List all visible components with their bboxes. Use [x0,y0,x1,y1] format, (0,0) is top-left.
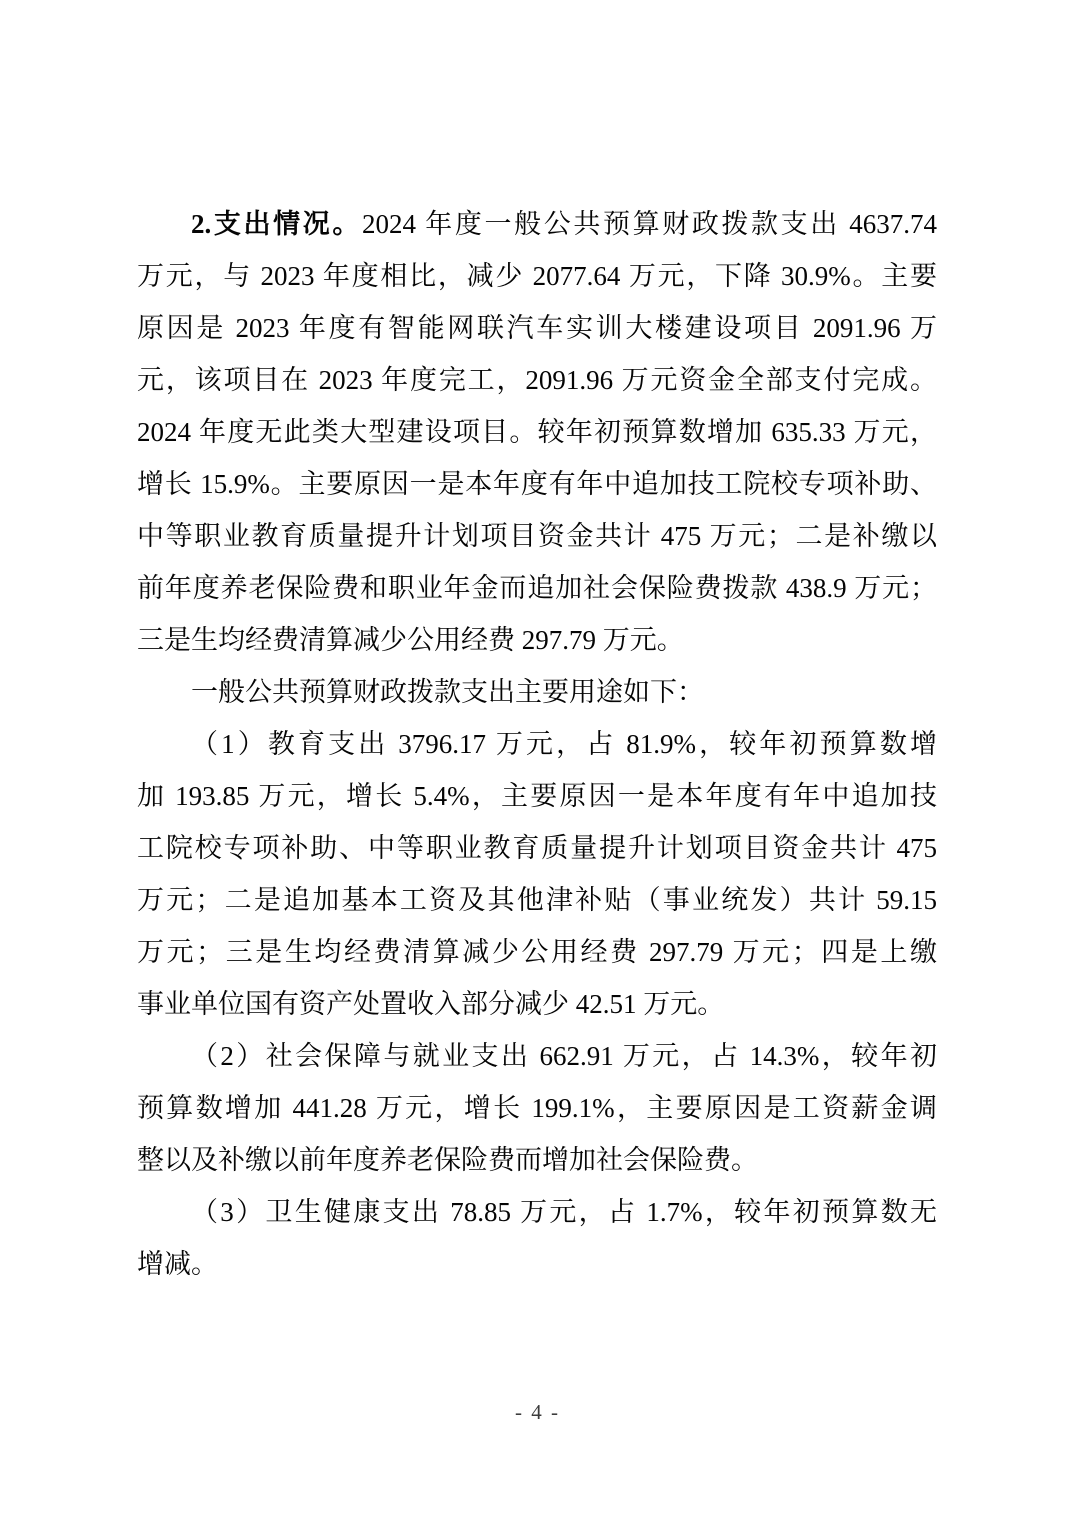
doc-line: 前年度养老保险费和职业年金而追加社会保险费拨款 438.9 万元； [137,562,937,614]
doc-line: 预算数增加 441.28 万元，增长 199.1%，主要原因是工资薪金调 [137,1082,937,1134]
doc-line: 2.支出情况。2024 年度一般公共预算财政拨款支出 4637.74 [137,198,937,250]
doc-line: 万元；二是追加基本工资及其他津补贴（事业统发）共计 59.15 [137,874,937,926]
doc-line-text: 2024 年度一般公共预算财政拨款支出 4637.74 [362,209,937,239]
doc-line: 增长 15.9%。主要原因一是本年度有年中追加技工院校专项补助、 [137,458,937,510]
doc-line: 万元，与 2023 年度相比，减少 2077.64 万元，下降 30.9%。主要 [137,250,937,302]
doc-line: （1）教育支出 3796.17 万元，占 81.9%，较年初预算数增 [137,718,937,770]
doc-line: 2024 年度无此类大型建设项目。较年初预算数增加 635.33 万元， [137,406,937,458]
doc-line: 元，该项目在 2023 年度完工，2091.96 万元资金全部支付完成。 [137,354,937,406]
doc-line: 万元；三是生均经费清算减少公用经费 297.79 万元；四是上缴 [137,926,937,978]
doc-line: 一般公共预算财政拨款支出主要用途如下： [137,666,937,718]
doc-line: 加 193.85 万元，增长 5.4%，主要原因一是本年度有年中追加技 [137,770,937,822]
page-footer: - 4 - [0,1400,1075,1425]
doc-line: （3）卫生健康支出 78.85 万元，占 1.7%，较年初预算数无 [137,1186,937,1238]
doc-line: 事业单位国有资产处置收入部分减少 42.51 万元。 [137,978,937,1030]
doc-line: 工院校专项补助、中等职业教育质量提升计划项目资金共计 475 [137,822,937,874]
doc-line: 三是生均经费清算减少公用经费 297.79 万元。 [137,614,937,666]
document-page: 2.支出情况。2024 年度一般公共预算财政拨款支出 4637.74 万元，与 … [0,0,1075,1520]
doc-line: （2）社会保障与就业支出 662.91 万元，占 14.3%，较年初 [137,1030,937,1082]
document-body: 2.支出情况。2024 年度一般公共预算财政拨款支出 4637.74 万元，与 … [137,198,937,1290]
section-heading: 2.支出情况。 [191,209,362,239]
doc-line: 增减。 [137,1238,937,1290]
doc-line: 整以及补缴以前年度养老保险费而增加社会保险费。 [137,1134,937,1186]
doc-line: 原因是 2023 年度有智能网联汽车实训大楼建设项目 2091.96 万 [137,302,937,354]
page-number: - 4 - [515,1400,560,1424]
doc-line: 中等职业教育质量提升计划项目资金共计 475 万元；二是补缴以 [137,510,937,562]
